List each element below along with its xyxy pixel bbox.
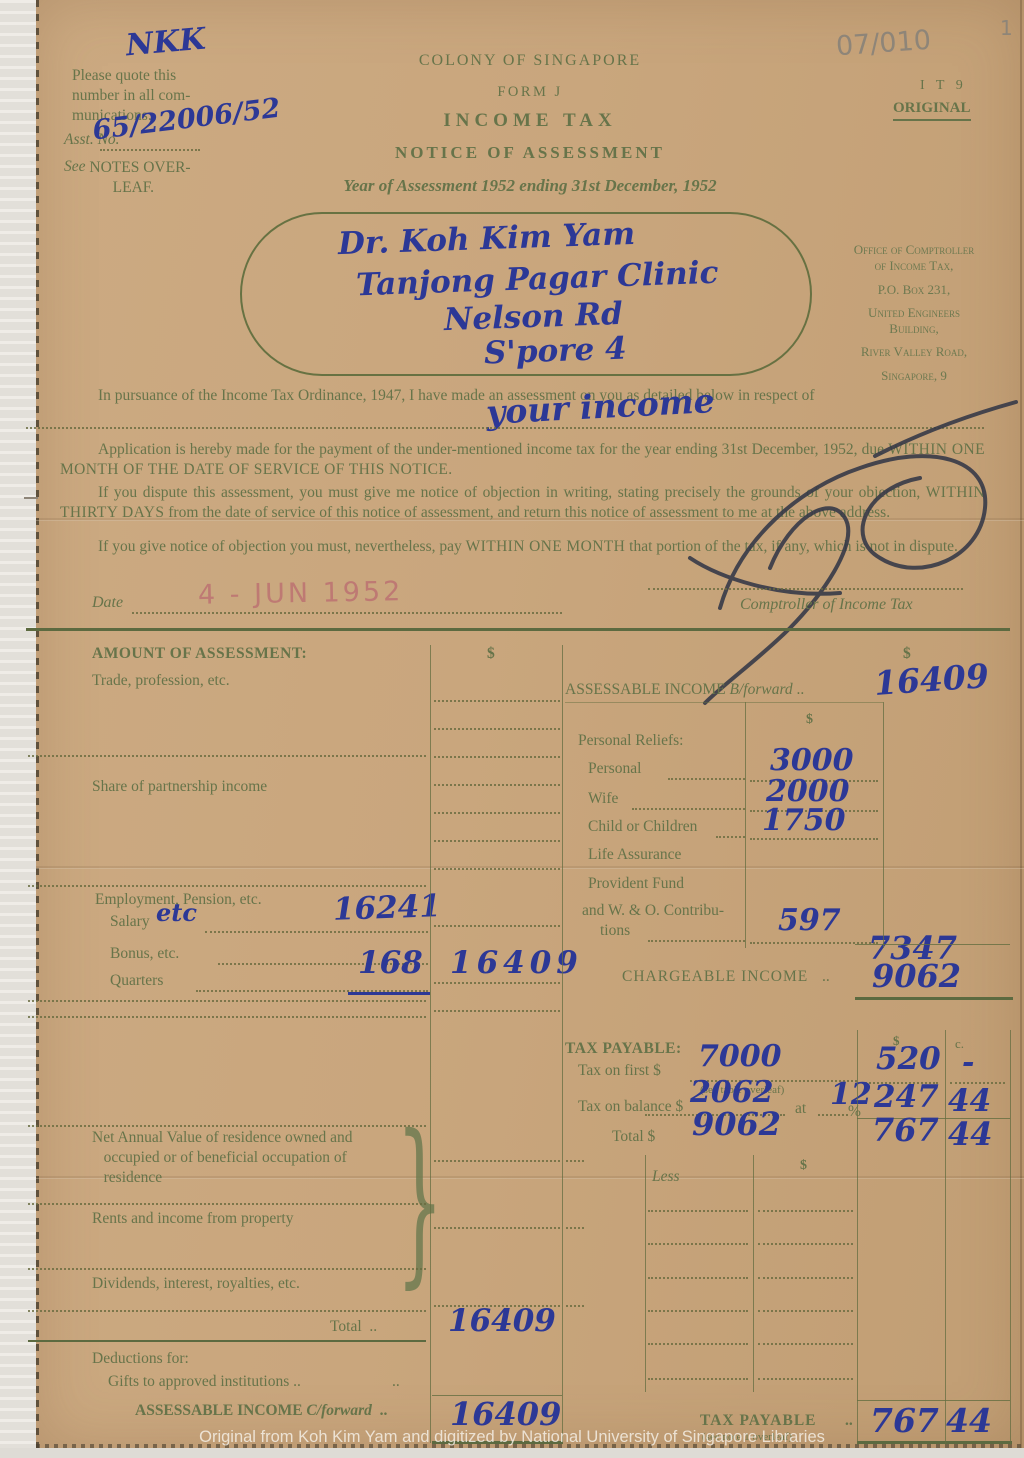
relief-wo-contributions: and W. & O. Contribu- (582, 902, 724, 920)
addressee-road: Nelson Rd (444, 299, 624, 336)
dotted-leader (648, 940, 745, 942)
cf-box-top (432, 1395, 562, 1396)
tax-first-label: Tax on first $ (578, 1062, 661, 1080)
dotted-cell (758, 1343, 853, 1345)
original-stamp: ORIGINAL (893, 100, 971, 121)
tax-first-value: 7000 (698, 1042, 782, 1072)
office-line: Singapore, 9 (810, 368, 1018, 384)
less-box-rule (645, 1155, 646, 1392)
pencil-page-number: 1 (1000, 16, 1013, 40)
dotted-cell (758, 1210, 853, 1212)
dotted-cell (434, 868, 560, 870)
dotted-cell (648, 1310, 748, 1312)
dotted-row (28, 1268, 426, 1270)
dotted-stub (566, 1305, 584, 1307)
amount-of-assessment-heading: AMOUNT OF ASSESSMENT: (92, 645, 307, 663)
tax-total-cents: 44 (948, 1118, 993, 1150)
row-dividends: Dividends, interest, royalties, etc. (92, 1275, 300, 1293)
at-label: at (795, 1100, 806, 1118)
personal-reliefs-heading: Personal Reliefs: (578, 732, 683, 750)
reliefs-dollar-header: $ (806, 712, 813, 728)
tax-total-dollars: 767 (872, 1114, 939, 1146)
dotted-cell (648, 1210, 748, 1212)
pencil-reference: 07/010 (835, 25, 932, 63)
dotted-leader (750, 838, 878, 840)
year-of-assessment: Year of Assessment 1952 ending 31st Dece… (250, 176, 810, 196)
dotted-row (28, 755, 426, 757)
dotted-cell (434, 1010, 560, 1012)
row-quarters: Quarters (110, 972, 163, 990)
dotted-cell (434, 840, 560, 842)
row-deductions: Deductions for: (92, 1350, 189, 1368)
tax-total-label: Total $ (612, 1128, 655, 1146)
dotted-leader (100, 149, 200, 151)
office-address: Office of Comptroller of Income Tax, P.O… (810, 242, 1018, 391)
quarters-value: 168 (358, 948, 423, 979)
dotted-cell (434, 1305, 560, 1307)
dotted-cell (758, 1378, 853, 1380)
paragraph-caps: WITHIN ONE MONTH (466, 538, 626, 555)
relief-provident-fund: Provident Fund (588, 875, 684, 893)
ai-cf-italic: C/forward (306, 1402, 371, 1419)
ai-cf-dots: .. (380, 1402, 388, 1419)
dotted-cell (648, 1343, 748, 1345)
row-partnership: Share of partnership income (92, 778, 267, 796)
dotted-row (28, 1125, 426, 1127)
salary-value: 16241 (332, 891, 441, 926)
paper-edge-right (1020, 0, 1022, 1448)
row-salary: Salary (110, 913, 150, 931)
total-value: 16409 (448, 1306, 556, 1337)
relief-child-value: 1750 (762, 806, 846, 836)
dotted-cell (434, 1227, 560, 1229)
money-col-rule (1010, 1030, 1011, 1445)
notice-title: NOTICE OF ASSESSMENT (250, 143, 810, 163)
relief-provident-value: 597 (778, 906, 841, 936)
dotted-leader (818, 1114, 848, 1116)
dollar-header-right: $ (903, 645, 911, 663)
relief-life-assurance: Life Assurance (588, 846, 681, 864)
dotted-row (28, 1203, 426, 1205)
form-ref: FORM J (250, 84, 810, 101)
it9-ref: I T 9 (920, 78, 967, 94)
assessable-income-bf-value: 16409 (873, 659, 990, 700)
office-line: United Engineers Building, (810, 305, 1018, 338)
scanner-edge-bottom (0, 1448, 1024, 1458)
scanned-document: NKK Please quote this number in all com-… (0, 0, 1024, 1458)
dotted-leader (668, 778, 745, 780)
tax-first-dollars: 520 (876, 1044, 941, 1075)
money-col-rule (945, 1030, 946, 1445)
section-rule (26, 628, 1010, 631)
office-line: River Valley Road, (810, 344, 1018, 360)
total-label: Total .. (330, 1318, 377, 1336)
chargeable-rule-top (855, 944, 1010, 945)
less-box-rule (753, 1155, 754, 1392)
dotted-cell (434, 700, 560, 702)
handwritten-initials: NKK (125, 25, 207, 62)
colony-title: COLONY OF SINGAPORE (250, 52, 810, 70)
dotted-cell (434, 982, 560, 984)
row-trade: Trade, profession, etc. (92, 672, 230, 690)
dotted-leader (716, 836, 745, 838)
dotted-row (28, 1000, 426, 1002)
date-label: Date (92, 594, 123, 612)
total-rule (28, 1340, 426, 1342)
dotted-row (28, 1310, 426, 1312)
dotted-cell (648, 1277, 748, 1279)
reliefs-box-rule (745, 702, 746, 948)
ai-bf-caps: ASSESSABLE INCOME (565, 681, 726, 698)
relief-personal-value: 3000 (770, 746, 854, 776)
tax-total-value: 9062 (692, 1108, 781, 1140)
chargeable-income-label: CHARGEABLE INCOME (622, 968, 808, 986)
ai-bf-dots: .. (797, 681, 805, 698)
dotted-leader (632, 808, 745, 810)
dollar-header-mid: $ (487, 645, 495, 663)
digitization-watermark: Original from Koh Kim Yam and digitized … (0, 1428, 1024, 1447)
pencil-tick (24, 497, 38, 499)
dotted-leader (648, 588, 963, 590)
date-stamp: 4 - JUN 1952 (198, 576, 404, 611)
chargeable-rule-bottom (855, 997, 1013, 1000)
dotted-cell (648, 1243, 748, 1245)
office-line: P.O. Box 231, (810, 282, 1018, 298)
grouping-brace: } (396, 1112, 444, 1290)
row-rents: Rents and income from property (92, 1210, 293, 1228)
tax-balance-value: 2062 (690, 1078, 774, 1108)
dotted-cell (434, 812, 560, 814)
salary-etc-hand: etc (156, 901, 197, 925)
tax-payable-heading: TAX PAYABLE: (565, 1040, 682, 1058)
dotted-cell (758, 1277, 853, 1279)
perforation-left (36, 0, 39, 1448)
relief-tions: tions (600, 922, 630, 940)
reliefs-box-rule (883, 702, 884, 948)
money-col-rule (857, 1030, 858, 1445)
dotted-row (28, 1016, 426, 1018)
addressee-city: S'pore 4 (484, 334, 628, 370)
row-net-annual-value: Net Annual Value of residence owned and … (92, 1128, 353, 1188)
relief-child: Child or Children (588, 818, 697, 836)
less-label: Less (652, 1168, 680, 1186)
column-rule (430, 645, 431, 1443)
row-gifts: Gifts to approved institutions .. (108, 1373, 301, 1391)
dotted-row (28, 885, 426, 887)
ai-bf-italic: B/forward (730, 681, 793, 698)
dotted-cell (434, 728, 560, 730)
less-dollar-header: $ (800, 1158, 807, 1174)
dotted-cell (434, 756, 560, 758)
chargeable-income-value: 9062 (872, 960, 961, 992)
notes-overleaf: NOTES OVER- LEAF. (89, 158, 190, 198)
office-line: Office of Comptroller of Income Tax, (810, 242, 1018, 275)
tax-first-cents: - (962, 1048, 974, 1078)
total-word: Total (330, 1318, 362, 1335)
paragraph-text: If you give notice of objection you must… (98, 538, 466, 555)
see-word: See (64, 158, 86, 175)
row-bonus: Bonus, etc. (110, 945, 179, 963)
chargeable-income-dots: .. (822, 968, 830, 986)
dotted-cell (434, 784, 560, 786)
gifts-dots: .. (392, 1373, 400, 1391)
dotted-stub (566, 1160, 584, 1162)
dotted-leader (205, 931, 428, 933)
relief-wife: Wife (588, 790, 618, 808)
dotted-cell (434, 1160, 560, 1162)
scanner-edge-left (0, 0, 36, 1458)
hand-underline (348, 992, 430, 995)
comptroller-signature-label: Comptroller of Income Tax (740, 596, 913, 614)
dotted-leader (132, 612, 562, 614)
tax-balance-dollars: 247 (874, 1082, 939, 1113)
tax-balance-cents: 44 (948, 1086, 991, 1117)
assessable-income-bf: ASSESSABLE INCOME B/forward .. (565, 681, 804, 699)
dotted-cell (758, 1310, 853, 1312)
ai-cf-caps: ASSESSABLE INCOME (135, 1402, 303, 1419)
assessable-income-cf-value: 16409 (450, 1398, 561, 1430)
dotted-stub (566, 1227, 584, 1229)
relief-personal: Personal (588, 760, 641, 778)
dotted-cell (648, 1378, 748, 1380)
income-tax-title: INCOME TAX (250, 110, 810, 132)
column-rule (562, 645, 563, 1443)
dotted-cell (434, 925, 560, 927)
assessable-income-cf: ASSESSABLE INCOME C/forward .. (135, 1402, 387, 1420)
reliefs-box-top (565, 702, 883, 703)
dotted-cell (758, 1243, 853, 1245)
total-dots: .. (369, 1318, 377, 1335)
